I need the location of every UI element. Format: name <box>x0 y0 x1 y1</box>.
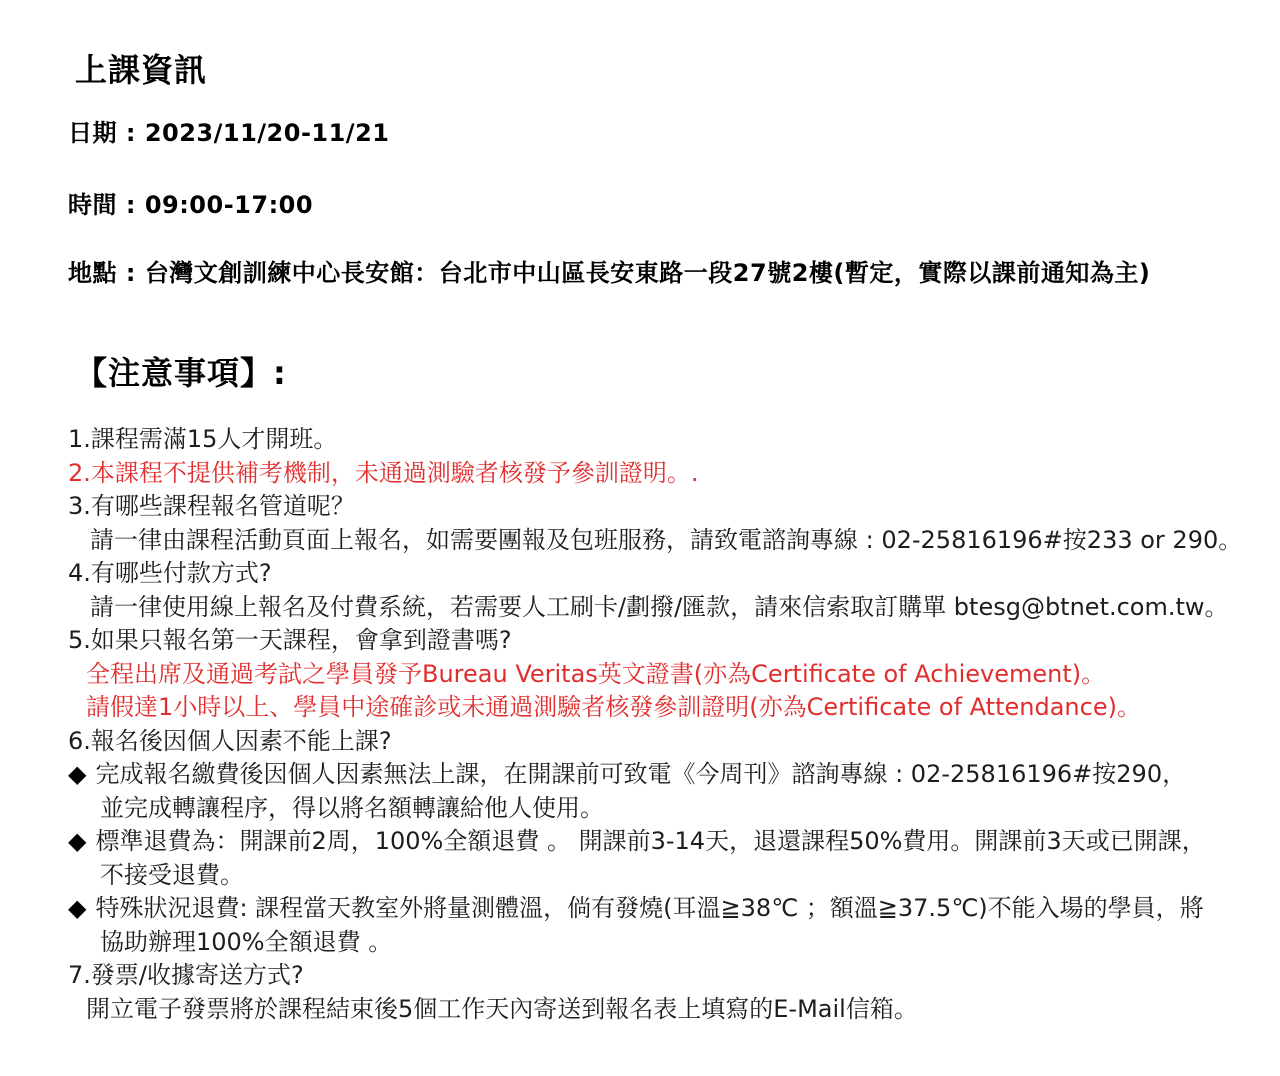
course-location-line: 地點 : 台灣文創訓練中心長安館：台北市中山區長安東路一段27號2樓(暫定，實際… <box>68 257 1280 289</box>
time-separator: : <box>117 191 145 219</box>
location-label: 地點 <box>68 259 117 287</box>
location-value: 台灣文創訓練中心長安館：台北市中山區長安東路一段27號2樓(暫定，實際以課前通知… <box>145 259 1151 287</box>
diamond-bullet-icon: ◆ <box>68 825 86 859</box>
note-item-6-bullet-1-cont: 並完成轉讓程序，得以將名額轉讓給他人使用。 <box>68 792 1280 826</box>
time-value: 09:00-17:00 <box>145 191 313 219</box>
location-separator: : <box>117 259 145 287</box>
course-info-page: 上課資訊 日期 : 2023/11/20-11/21 時間 : 09:00-17… <box>0 0 1280 1076</box>
note-item-4-answer: 請一律使用線上報名及付費系統，若需要人工刷卡/劃撥/匯款，請來信索取訂購單 bt… <box>68 591 1280 625</box>
course-date-line: 日期 : 2023/11/20-11/21 <box>68 117 1280 149</box>
notes-list: 1.課程需滿15人才開班。 2.本課程不提供補考機制，未通過測驗者核發予參訓證明… <box>68 423 1280 1026</box>
note-item-3-answer: 請一律由課程活動頁面上報名，如需要團報及包班服務，請致電諮詢專線 : 02-25… <box>68 524 1280 558</box>
note-item-7: 7.發票/收據寄送方式? <box>68 959 1280 993</box>
time-label: 時間 <box>68 191 117 219</box>
bullet-1-text: 完成報名繳費後因個人因素無法上課，在開課前可致電《今周刊》諮詢專線 : 02-2… <box>95 760 1186 788</box>
note-item-2: 2.本課程不提供補考機制，未通過測驗者核發予參訓證明。. <box>68 457 1280 491</box>
date-label: 日期 <box>68 119 117 147</box>
page-title: 上課資訊 <box>0 0 1280 90</box>
date-value: 2023/11/20-11/21 <box>145 119 390 147</box>
note-item-6-bullet-2-cont: 不接受退費。 <box>68 859 1280 893</box>
date-separator: : <box>117 119 145 147</box>
notes-heading: 【注意事項】: <box>75 352 1280 394</box>
note-item-7-answer: 開立電子發票將於課程結束後5個工作天內寄送到報名表上填寫的E-Mail信箱。 <box>68 993 1280 1027</box>
diamond-bullet-icon: ◆ <box>68 892 86 926</box>
bullet-2-text: 標準退費為：開課前2周，100%全額退費 。 開課前3-14天，退還課程50%費… <box>95 827 1205 855</box>
note-item-3: 3.有哪些課程報名管道呢？ <box>68 490 1280 524</box>
diamond-bullet-icon: ◆ <box>68 758 86 792</box>
note-item-6-bullet-3-cont: 協助辦理100%全額退費 。 <box>68 926 1280 960</box>
note-item-5-answer-1: 全程出席及通過考試之學員發予Bureau Veritas英文證書(亦為Certi… <box>68 658 1280 692</box>
note-item-6-bullet-1: ◆完成報名繳費後因個人因素無法上課，在開課前可致電《今周刊》諮詢專線 : 02-… <box>68 758 1280 792</box>
note-item-6: 6.報名後因個人因素不能上課? <box>68 725 1280 759</box>
course-time-line: 時間 : 09:00-17:00 <box>68 189 1280 221</box>
note-item-4: 4.有哪些付款方式? <box>68 557 1280 591</box>
note-item-1: 1.課程需滿15人才開班。 <box>68 423 1280 457</box>
bullet-3-text: 特殊狀況退費: 課程當天教室外將量測體溫，倘有發燒(耳溫≧38℃ ；額溫≧37.… <box>95 894 1203 922</box>
note-item-6-bullet-2: ◆標準退費為：開課前2周，100%全額退費 。 開課前3-14天，退還課程50%… <box>68 825 1280 859</box>
note-item-6-bullet-3: ◆特殊狀況退費: 課程當天教室外將量測體溫，倘有發燒(耳溫≧38℃ ；額溫≧37… <box>68 892 1280 926</box>
note-item-5: 5.如果只報名第一天課程，會拿到證書嗎? <box>68 624 1280 658</box>
note-item-5-answer-2: 請假達1小時以上、學員中途確診或未通過測驗者核發參訓證明(亦為Certifica… <box>68 691 1280 725</box>
